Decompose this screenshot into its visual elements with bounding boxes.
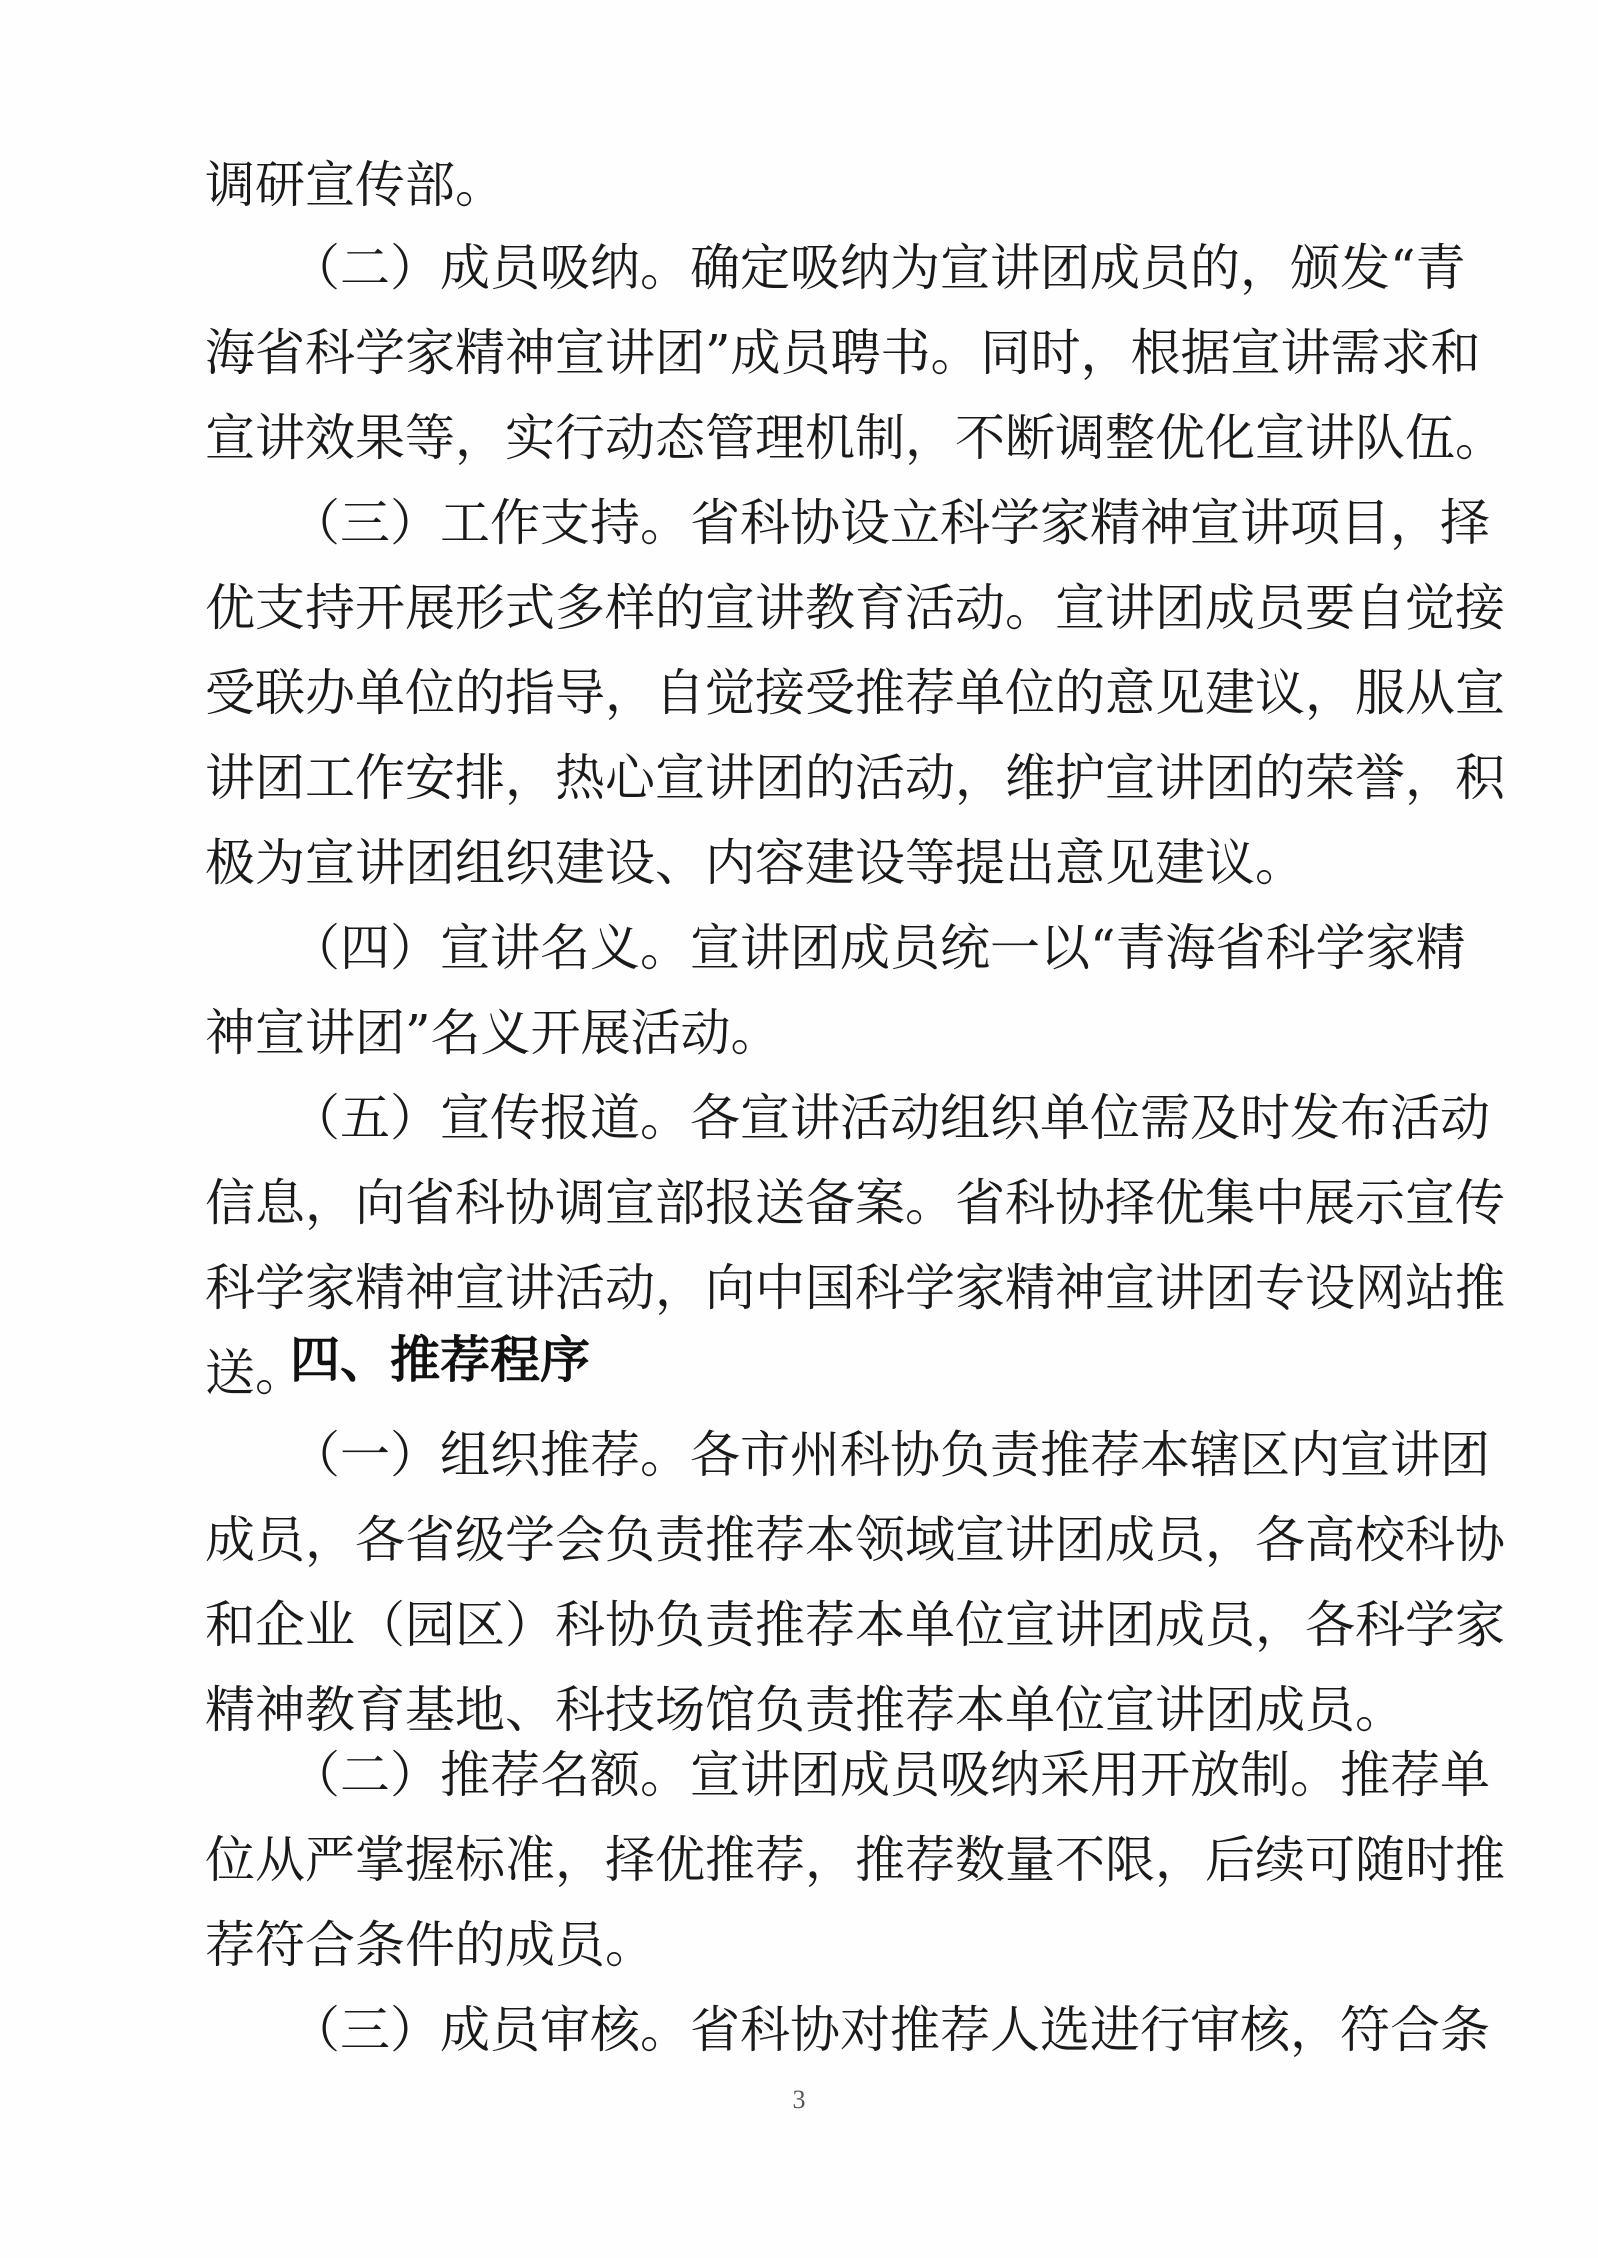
paragraph-line: 科学家精神宣讲活动，向中国科学家精神宣讲团专设网站推 (205, 1258, 1380, 1318)
paragraph-line: （一）组织推荐。各市州科协负责推荐本辖区内宣讲团 (290, 1425, 1380, 1485)
document-page: 调研宣传部。 （二）成员吸纳。确定吸纳为宣讲团成员的，颁发“青 海省科学家精神宣… (0, 0, 1598, 2258)
paragraph-line: 受联办单位的指导，自觉接受推荐单位的意见建议，服从宣 (205, 663, 1380, 723)
paragraph-line: （三）工作支持。省科协设立科学家精神宣讲项目，择 (290, 493, 1380, 553)
paragraph-line: 位从严掌握标准，择优推荐，推荐数量不限，后续可随时推 (205, 1830, 1380, 1890)
paragraph-line: 宣讲效果等，实行动态管理机制，不断调整优化宣讲队伍。 (205, 408, 1380, 468)
paragraph-line: 讲团工作安排，热心宣讲团的活动，维护宣讲团的荣誉，积 (205, 748, 1380, 808)
paragraph-line: 和企业（园区）科协负责推荐本单位宣讲团成员，各科学家 (205, 1595, 1380, 1655)
paragraph-line: （二）推荐名额。宣讲团成员吸纳采用开放制。推荐单 (290, 1745, 1380, 1805)
page-number: 3 (0, 2085, 1598, 2115)
section-heading: 四、推荐程序 (290, 1330, 590, 1390)
paragraph-line: （二）成员吸纳。确定吸纳为宣讲团成员的，颁发“青 (290, 238, 1380, 298)
paragraph-line: （四）宣讲名义。宣讲团成员统一以“青海省科学家精 (290, 918, 1380, 978)
paragraph-line: 成员，各省级学会负责推荐本领域宣讲团成员，各高校科协 (205, 1510, 1380, 1570)
paragraph-line: （五）宣传报道。各宣讲活动组织单位需及时发布活动 (290, 1088, 1380, 1148)
paragraph-line: 极为宣讲团组织建设、内容建设等提出意见建议。 (205, 833, 1380, 893)
paragraph-line: 海省科学家精神宣讲团”成员聘书。同时，根据宣讲需求和 (205, 323, 1380, 383)
paragraph-line: 神宣讲团”名义开展活动。 (205, 1003, 1380, 1063)
paragraph-line: 荐符合条件的成员。 (205, 1915, 1380, 1975)
paragraph-line: 优支持开展形式多样的宣讲教育活动。宣讲团成员要自觉接 (205, 578, 1380, 638)
paragraph-line: （三）成员审核。省科协对推荐人选进行审核，符合条 (290, 2000, 1380, 2060)
paragraph-line: 信息，向省科协调宣部报送备案。省科协择优集中展示宣传 (205, 1173, 1380, 1233)
paragraph-line: 调研宣传部。 (205, 155, 1380, 215)
paragraph-line: 精神教育基地、科技场馆负责推荐本单位宣讲团成员。 (205, 1680, 1380, 1740)
